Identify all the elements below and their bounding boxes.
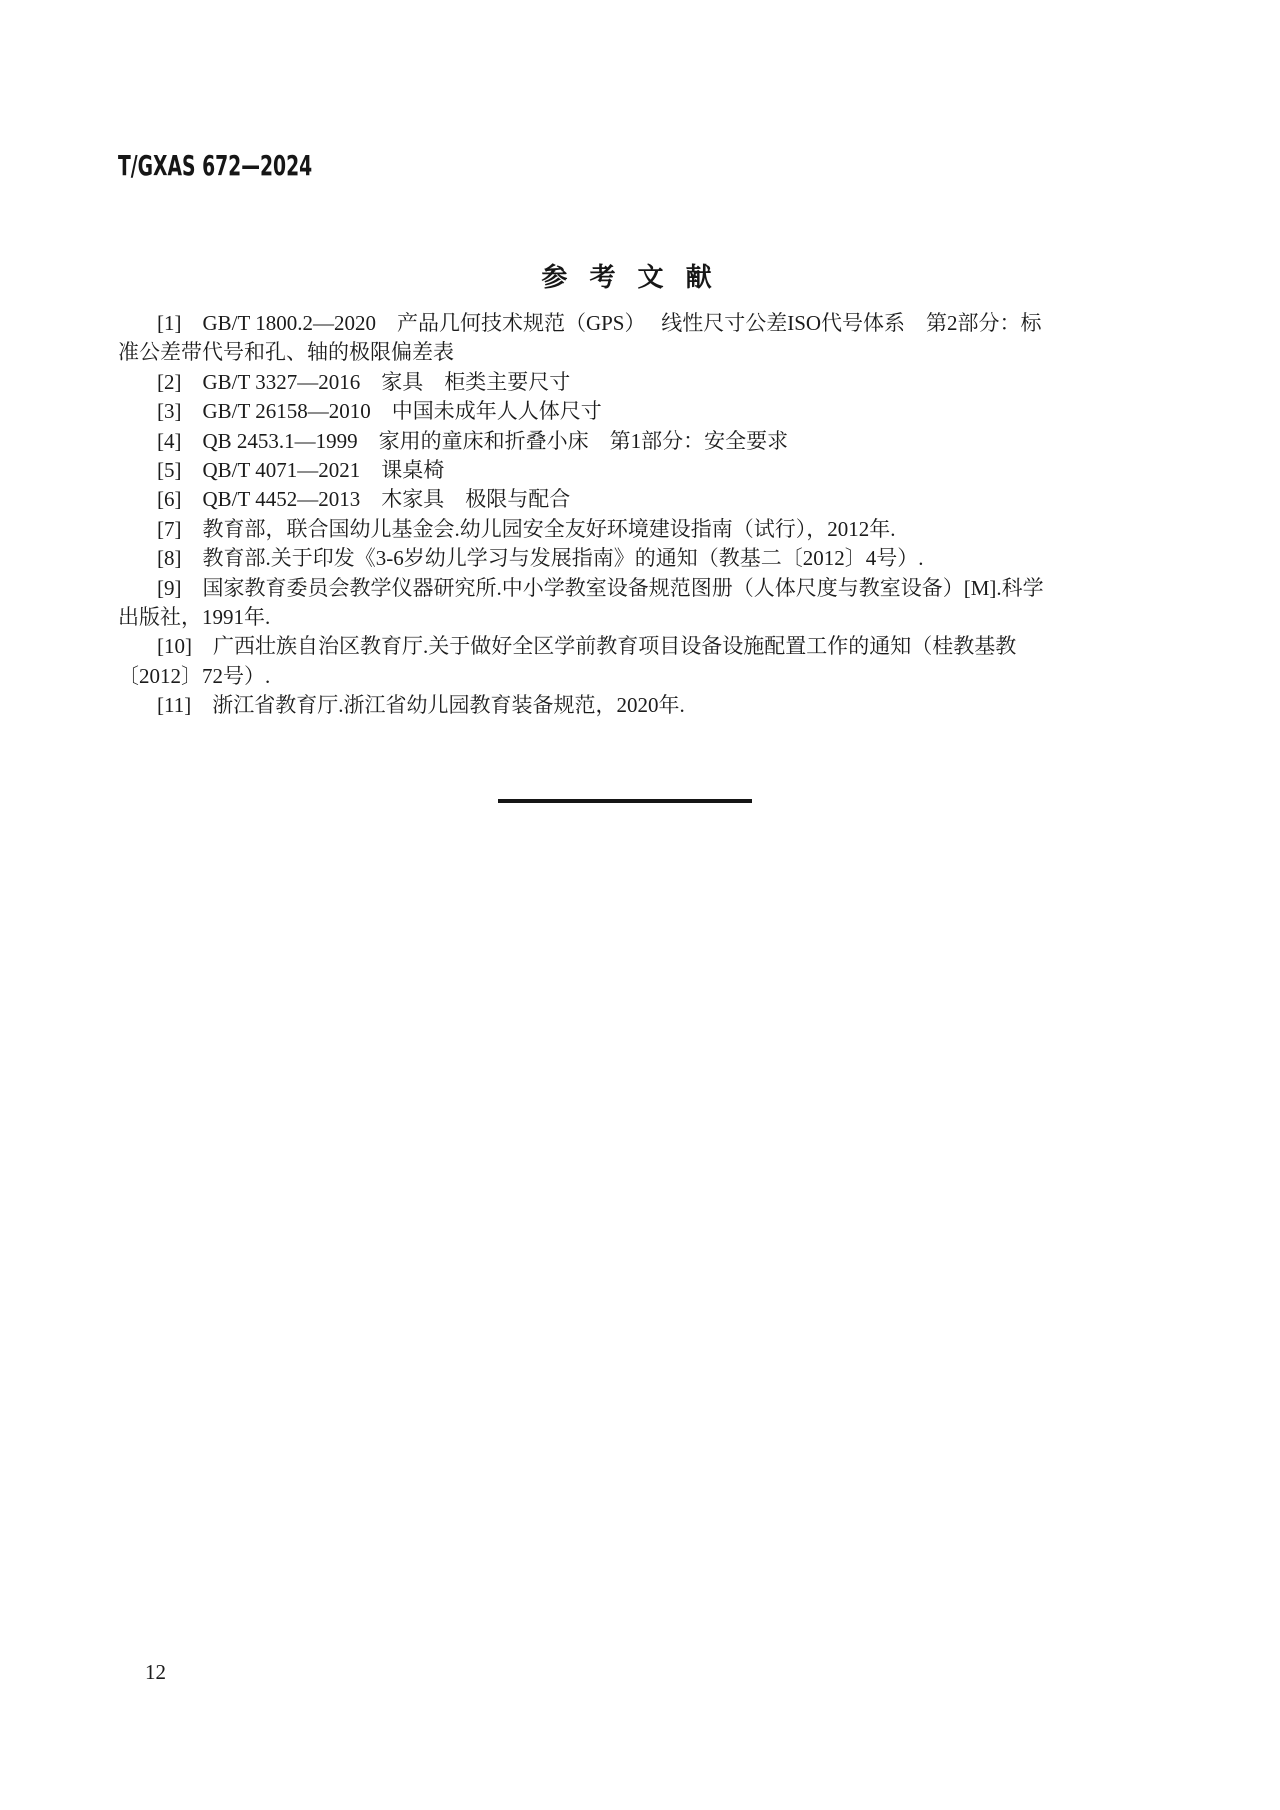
references-list: [1] GB/T 1800.2—2020 产品几何技术规范（GPS） 线性尺寸公… — [118, 309, 1135, 720]
reference-line: [10] 广西壮族自治区教育厅.关于做好全区学前教育项目设备设施配置工作的通知（… — [118, 632, 1135, 661]
reference-line: [9] 国家教育委员会教学仪器研究所.中小学教室设备规范图册（人体尺度与教室设备… — [118, 574, 1135, 603]
reference-line: [11] 浙江省教育厅.浙江省幼儿园教育装备规范，2020年. — [118, 691, 1135, 720]
reference-line: [8] 教育部.关于印发《3-6岁幼儿学习与发展指南》的通知（教基二〔2012〕… — [118, 544, 1135, 573]
reference-line: [1] GB/T 1800.2—2020 产品几何技术规范（GPS） 线性尺寸公… — [118, 309, 1135, 338]
reference-line: 准公差带代号和孔、轴的极限偏差表 — [118, 338, 1135, 367]
reference-line: [3] GB/T 26158—2010 中国未成年人人体尺寸 — [118, 397, 1135, 426]
reference-line: [7] 教育部，联合国幼儿基金会.幼儿园安全友好环境建设指南（试行），2012年… — [118, 515, 1135, 544]
reference-line: [6] QB/T 4452—2013 木家具 极限与配合 — [118, 485, 1135, 514]
page-number: 12 — [145, 1659, 166, 1686]
end-of-document-divider — [498, 799, 752, 803]
standard-code: T/GXAS 672—2024 — [118, 150, 312, 182]
reference-line: [2] GB/T 3327—2016 家具 柜类主要尺寸 — [118, 368, 1135, 397]
reference-line: [4] QB 2453.1—1999 家用的童床和折叠小床 第1部分：安全要求 — [118, 427, 1135, 456]
document-page: T/GXAS 672—2024 参考文献 [1] GB/T 1800.2—202… — [0, 0, 1280, 1810]
reference-line: [5] QB/T 4071—2021 课桌椅 — [118, 456, 1135, 485]
page-title-text: 参考文献 — [541, 262, 733, 294]
page-title: 参考文献 — [118, 262, 1135, 294]
reference-line: 出版社，1991年. — [118, 603, 1135, 632]
reference-line: 〔2012〕72号）. — [118, 662, 1135, 691]
